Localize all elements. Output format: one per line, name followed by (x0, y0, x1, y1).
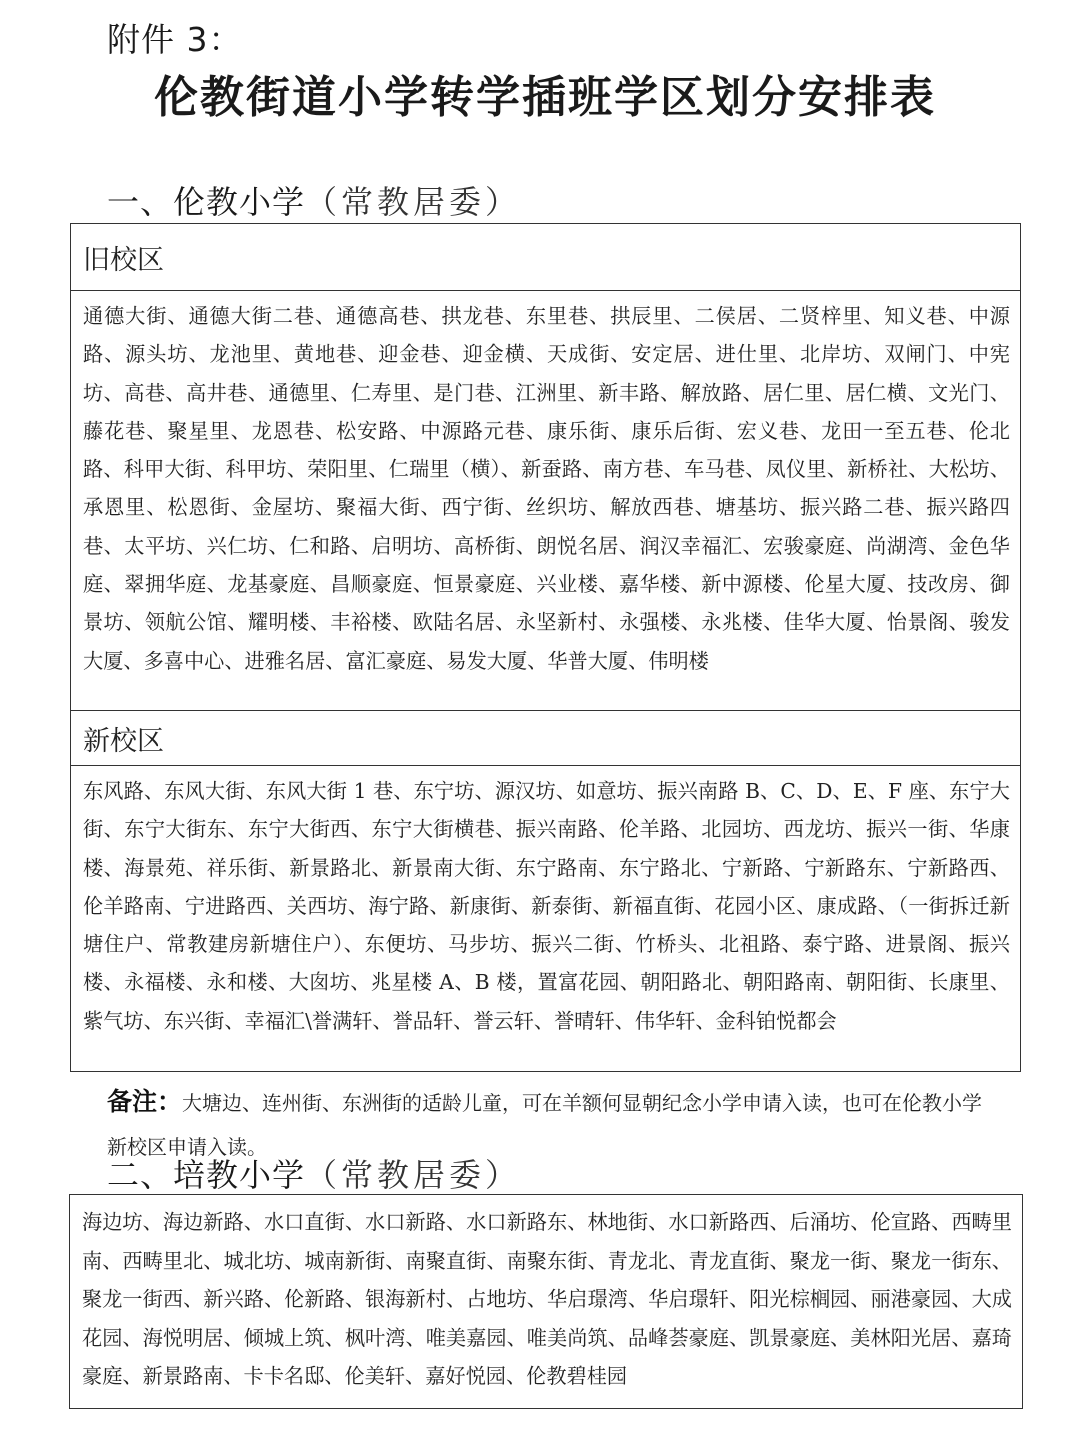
section-heading-note: （常教居委） (305, 183, 521, 221)
new-campus-label: 新校区 (83, 719, 164, 758)
peijiao-areas: 海边坊、海边新路、水口直街、水口新路、水口新路东、林地街、水口新路西、后涌坊、伦… (70, 1195, 1022, 1407)
section-heading-lunjiao: 一、伦教小学（常教居委） (107, 182, 521, 222)
remark-text: 大塘边、连州街、东洲街的适龄儿童，可在羊额何显朝纪念小学申请入读，也可在伦教小学… (107, 1091, 982, 1159)
new-campus-areas: 东风路、东风大街、东风大街 1 巷、东宁坊、源汉坊、如意坊、振兴南路 B、C、D… (71, 766, 1020, 1068)
peijiao-table: 海边坊、海边新路、水口直街、水口新路、水口新路东、林地街、水口新路西、后涌坊、伦… (69, 1194, 1023, 1409)
attachment-label: 附件 3： (107, 18, 243, 62)
new-campus-header: 新校区 (71, 711, 1020, 766)
section-heading-peijiao: 二、培教小学（常教居委） (107, 1155, 521, 1195)
remark-label: 备注： (107, 1087, 182, 1116)
document-title: 伦教街道小学转学插班学区划分安排表 (0, 70, 1080, 126)
section-heading-text: 一、伦教小学 (107, 183, 305, 221)
old-campus-header: 旧校区 (71, 224, 1020, 291)
lunjiao-table: 旧校区 通德大街、通德大街二巷、通德高巷、拱龙巷、东里巷、拱辰里、二侯居、二贤梓… (70, 223, 1021, 1072)
section-heading-note: （常教居委） (305, 1156, 521, 1194)
old-campus-label: 旧校区 (83, 238, 164, 277)
section-heading-text: 二、培教小学 (107, 1156, 305, 1194)
old-campus-areas: 通德大街、通德大街二巷、通德高巷、拱龙巷、东里巷、拱辰里、二侯居、二贤梓里、知义… (71, 291, 1020, 711)
